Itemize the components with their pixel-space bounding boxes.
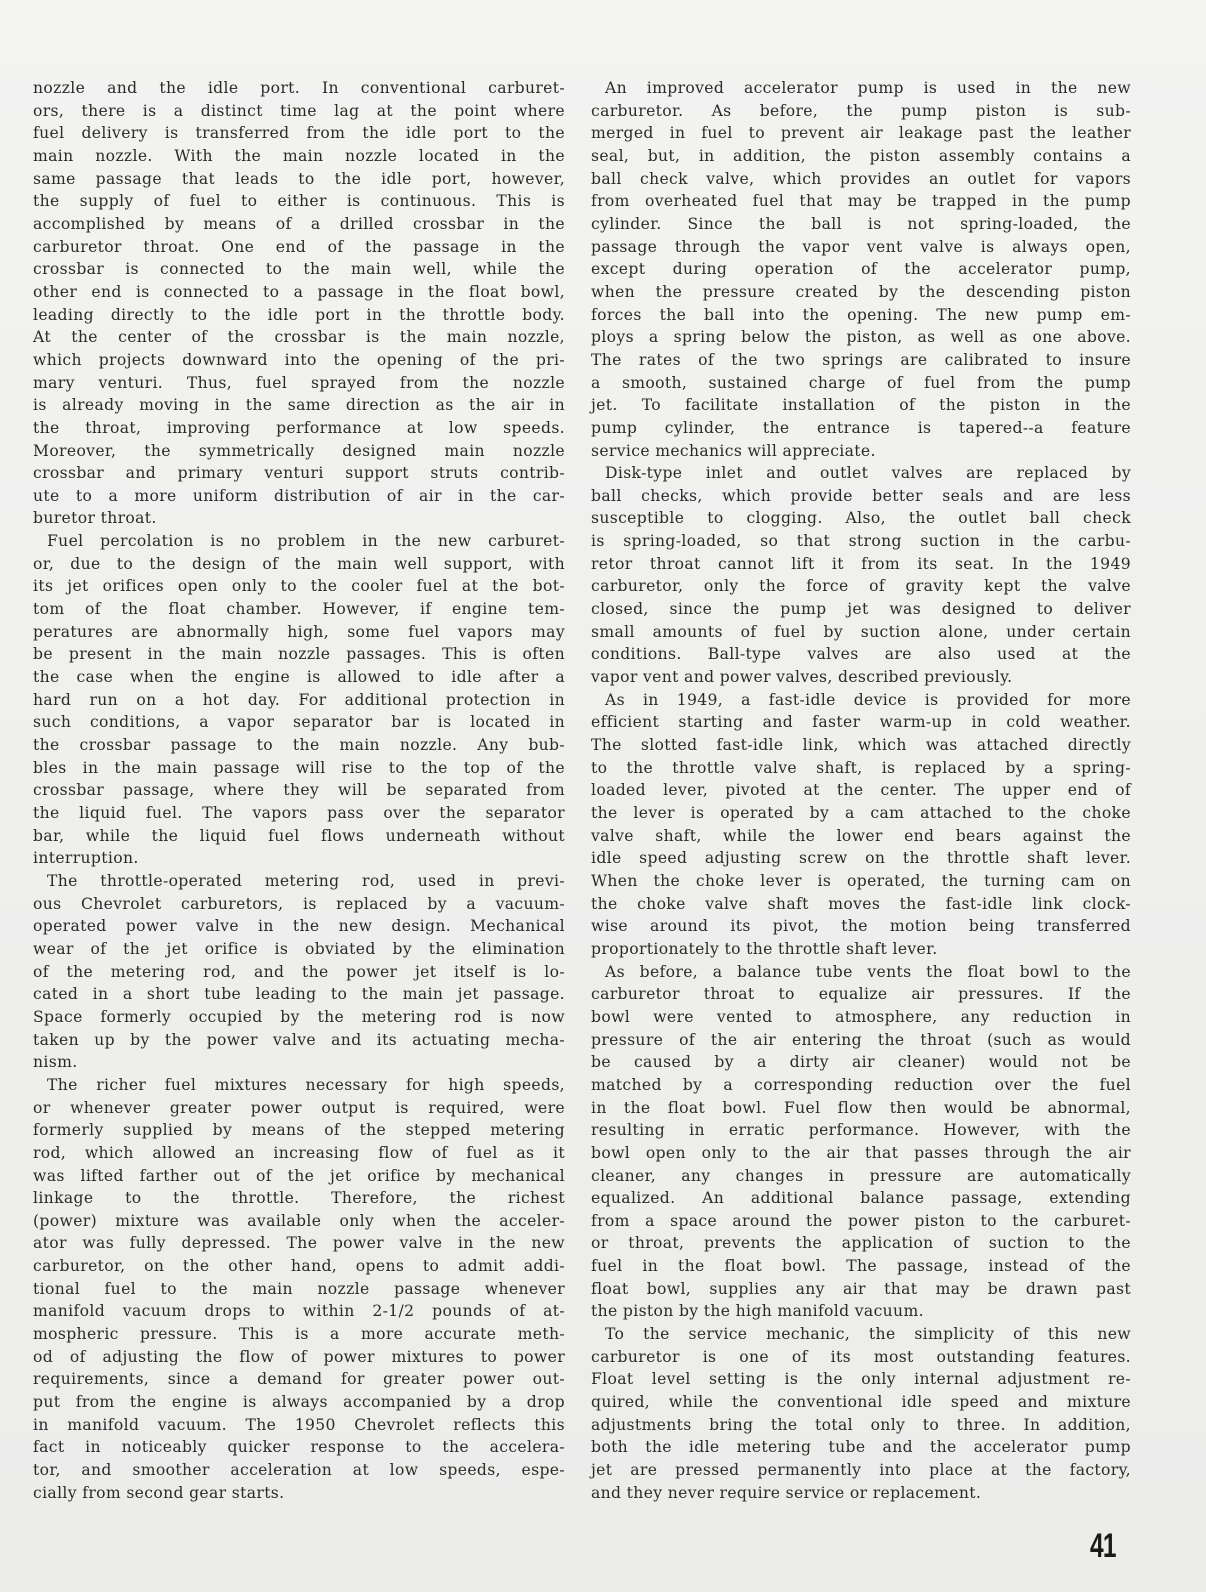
- text-line: nozzle and the idle port. In conventiona…: [33, 77, 565, 100]
- text-line: the piston by the high manifold vacuum.: [591, 1300, 1131, 1323]
- text-line: matched by a corresponding reduction ove…: [591, 1074, 1131, 1097]
- text-line: efficient starting and faster warm-up in…: [591, 711, 1131, 734]
- text-line: bles in the main passage will rise to th…: [33, 757, 565, 780]
- text-line: To the service mechanic, the simplicity …: [591, 1323, 1131, 1346]
- text-line: mary venturi. Thus, fuel sprayed from th…: [33, 372, 565, 395]
- text-line: is already moving in the same direction …: [33, 394, 565, 417]
- text-line: closed, since the pump jet was designed …: [591, 598, 1131, 621]
- text-line: As before, a balance tube vents the floa…: [591, 961, 1131, 984]
- text-line: peratures are abnormally high, some fuel…: [33, 621, 565, 644]
- paragraph: To the service mechanic, the simplicity …: [591, 1323, 1131, 1504]
- text-line: bowl open only to the air that passes th…: [591, 1142, 1131, 1165]
- text-line: forces the ball into the opening. The ne…: [591, 304, 1131, 327]
- text-line: or, due to the design of the main well s…: [33, 553, 565, 576]
- text-line: As in 1949, a fast-idle device is provid…: [591, 689, 1131, 712]
- text-line: nism.: [33, 1051, 565, 1074]
- text-line: leading directly to the idle port in the…: [33, 304, 565, 327]
- text-line: bar, while the liquid fuel flows underne…: [33, 825, 565, 848]
- paragraph: As in 1949, a fast-idle device is provid…: [591, 689, 1131, 961]
- text-line: pump cylinder, the entrance is tapered--…: [591, 417, 1131, 440]
- text-line: cylinder. Since the ball is not spring-l…: [591, 213, 1131, 236]
- text-line: the crossbar passage to the main nozzle.…: [33, 734, 565, 757]
- text-line: conditions. Ball-type valves are also us…: [591, 643, 1131, 666]
- text-line: rod, which allowed an increasing flow of…: [33, 1142, 565, 1165]
- page-number: 41: [1090, 1527, 1116, 1566]
- text-line: ploys a spring below the piston, as well…: [591, 326, 1131, 349]
- text-line: retor throat cannot lift it from its sea…: [591, 553, 1131, 576]
- paragraph: Disk-type inlet and outlet valves are re…: [591, 462, 1131, 689]
- text-line: operated power valve in the new design. …: [33, 915, 565, 938]
- text-line: The throttle-operated metering rod, used…: [33, 870, 565, 893]
- text-line: service mechanics will appreciate.: [591, 440, 1131, 463]
- text-line: The richer fuel mixtures necessary for h…: [33, 1074, 565, 1097]
- text-line: jet are pressed permanently into place a…: [591, 1459, 1131, 1482]
- text-line: crossbar passage, where they will be sep…: [33, 779, 565, 802]
- text-line: Space formerly occupied by the metering …: [33, 1006, 565, 1029]
- text-line: idle speed adjusting screw on the thrott…: [591, 847, 1131, 870]
- text-line: mospheric pressure. This is a more accur…: [33, 1323, 565, 1346]
- text-line: is spring-loaded, so that strong suction…: [591, 530, 1131, 553]
- text-line: the supply of fuel to either is continuo…: [33, 190, 565, 213]
- text-line: the lever is operated by a cam attached …: [591, 802, 1131, 825]
- text-line: carburetor, on the other hand, opens to …: [33, 1255, 565, 1278]
- text-line: and they never require service or replac…: [591, 1482, 1131, 1505]
- text-line: fuel in the float bowl. The passage, ins…: [591, 1255, 1131, 1278]
- text-line: or throat, prevents the application of s…: [591, 1232, 1131, 1255]
- text-line: the case when the engine is allowed to i…: [33, 666, 565, 689]
- text-line: vapor vent and power valves, described p…: [591, 666, 1131, 689]
- text-line: carburetor is one of its most outstandin…: [591, 1346, 1131, 1369]
- text-line: crossbar and primary venturi support str…: [33, 462, 565, 485]
- text-line: equalized. An additional balance passage…: [591, 1187, 1131, 1210]
- text-line: ball checks, which provide better seals …: [591, 485, 1131, 508]
- text-line: When the choke lever is operated, the tu…: [591, 870, 1131, 893]
- text-line: ute to a more uniform distribution of ai…: [33, 485, 565, 508]
- text-line: be present in the main nozzle passages. …: [33, 643, 565, 666]
- text-line: requirements, since a demand for greater…: [33, 1368, 565, 1391]
- text-line: of the metering rod, and the power jet i…: [33, 961, 565, 984]
- left-column: nozzle and the idle port. In conventiona…: [33, 77, 565, 1504]
- text-line: or whenever greater power output is requ…: [33, 1097, 565, 1120]
- text-line: from a space around the power piston to …: [591, 1210, 1131, 1233]
- right-column: An improved accelerator pump is used in …: [591, 77, 1131, 1504]
- text-line: the throat, improving performance at low…: [33, 417, 565, 440]
- text-line: the choke valve shaft moves the fast-idl…: [591, 893, 1131, 916]
- text-line: when the pressure created by the descend…: [591, 281, 1131, 304]
- text-line: od of adjusting the flow of power mixtur…: [33, 1346, 565, 1369]
- text-line: Moreover, the symmetrically designed mai…: [33, 440, 565, 463]
- text-line: adjustments bring the total only to thre…: [591, 1414, 1131, 1437]
- text-line: susceptible to clogging. Also, the outle…: [591, 507, 1131, 530]
- text-line: interruption.: [33, 847, 565, 870]
- text-line: tor, and smoother acceleration at low sp…: [33, 1459, 565, 1482]
- text-line: carburetor throat. One end of the passag…: [33, 236, 565, 259]
- text-line: crossbar is connected to the main well, …: [33, 258, 565, 281]
- text-line: Disk-type inlet and outlet valves are re…: [591, 462, 1131, 485]
- text-line: quired, while the conventional idle spee…: [591, 1391, 1131, 1414]
- paragraph: nozzle and the idle port. In conventiona…: [33, 77, 565, 530]
- text-line: cially from second gear starts.: [33, 1482, 565, 1505]
- text-line: ator was fully depressed. The power valv…: [33, 1232, 565, 1255]
- text-line: put from the engine is always accompanie…: [33, 1391, 565, 1414]
- text-line: linkage to the throttle. Therefore, the …: [33, 1187, 565, 1210]
- text-line: its jet orifices open only to the cooler…: [33, 575, 565, 598]
- text-line: except during operation of the accelerat…: [591, 258, 1131, 281]
- paragraph: An improved accelerator pump is used in …: [591, 77, 1131, 462]
- text-line: in the float bowl. Fuel flow then would …: [591, 1097, 1131, 1120]
- text-line: An improved accelerator pump is used in …: [591, 77, 1131, 100]
- text-line: which projects downward into the opening…: [33, 349, 565, 372]
- text-line: fact in noticeably quicker response to t…: [33, 1436, 565, 1459]
- text-line: ors, there is a distinct time lag at the…: [33, 100, 565, 123]
- text-line: pressure of the air entering the throat …: [591, 1029, 1131, 1052]
- text-line: manifold vacuum drops to within 2-1/2 po…: [33, 1300, 565, 1323]
- text-line: proportionately to the throttle shaft le…: [591, 938, 1131, 961]
- text-line: was lifted farther out of the jet orific…: [33, 1165, 565, 1188]
- paragraph: Fuel percolation is no problem in the ne…: [33, 530, 565, 870]
- text-line: merged in fuel to prevent air leakage pa…: [591, 122, 1131, 145]
- text-line: wear of the jet orifice is obviated by t…: [33, 938, 565, 961]
- text-line: buretor throat.: [33, 507, 565, 530]
- text-line: cated in a short tube leading to the mai…: [33, 983, 565, 1006]
- text-line: resulting in erratic performance. Howeve…: [591, 1119, 1131, 1142]
- text-line: a smooth, sustained charge of fuel from …: [591, 372, 1131, 395]
- text-line: fuel delivery is transferred from the id…: [33, 122, 565, 145]
- text-line: taken up by the power valve and its actu…: [33, 1029, 565, 1052]
- text-line: such conditions, a vapor separator bar i…: [33, 711, 565, 734]
- text-line: Float level setting is the only internal…: [591, 1368, 1131, 1391]
- text-line: jet. To facilitate installation of the p…: [591, 394, 1131, 417]
- text-line: the liquid fuel. The vapors pass over th…: [33, 802, 565, 825]
- text-line: same passage that leads to the idle port…: [33, 168, 565, 191]
- text-line: loaded lever, pivoted at the center. The…: [591, 779, 1131, 802]
- text-line: Fuel percolation is no problem in the ne…: [33, 530, 565, 553]
- text-line: formerly supplied by means of the steppe…: [33, 1119, 565, 1142]
- text-line: The slotted fast-idle link, which was at…: [591, 734, 1131, 757]
- text-line: seal, but, in addition, the piston assem…: [591, 145, 1131, 168]
- text-line: passage through the vapor vent valve is …: [591, 236, 1131, 259]
- text-line: in manifold vacuum. The 1950 Chevrolet r…: [33, 1414, 565, 1437]
- text-line: float bowl, supplies any air that may be…: [591, 1278, 1131, 1301]
- text-line: carburetor, only the force of gravity ke…: [591, 575, 1131, 598]
- text-line: other end is connected to a passage in t…: [33, 281, 565, 304]
- text-line: tom of the float chamber. However, if en…: [33, 598, 565, 621]
- paragraph: The richer fuel mixtures necessary for h…: [33, 1074, 565, 1504]
- text-line: wise around its pivot, the motion being …: [591, 915, 1131, 938]
- text-line: cleaner, any changes in pressure are aut…: [591, 1165, 1131, 1188]
- text-line: both the idle metering tube and the acce…: [591, 1436, 1131, 1459]
- text-line: be caused by a dirty air cleaner) would …: [591, 1051, 1131, 1074]
- paragraph: As before, a balance tube vents the floa…: [591, 961, 1131, 1324]
- text-line: ball check valve, which provides an outl…: [591, 168, 1131, 191]
- text-line: carburetor throat to equalize air pressu…: [591, 983, 1131, 1006]
- text-line: to the throttle valve shaft, is replaced…: [591, 757, 1131, 780]
- text-line: main nozzle. With the main nozzle locate…: [33, 145, 565, 168]
- text-line: (power) mixture was available only when …: [33, 1210, 565, 1233]
- text-line: carburetor. As before, the pump piston i…: [591, 100, 1131, 123]
- text-line: ous Chevrolet carburetors, is replaced b…: [33, 893, 565, 916]
- text-line: valve shaft, while the lower end bears a…: [591, 825, 1131, 848]
- text-line: hard run on a hot day. For additional pr…: [33, 689, 565, 712]
- text-line: At the center of the crossbar is the mai…: [33, 326, 565, 349]
- document-page: nozzle and the idle port. In conventiona…: [0, 0, 1206, 1592]
- text-line: small amounts of fuel by suction alone, …: [591, 621, 1131, 644]
- text-line: from overheated fuel that may be trapped…: [591, 190, 1131, 213]
- paragraph: The throttle-operated metering rod, used…: [33, 870, 565, 1074]
- text-line: tional fuel to the main nozzle passage w…: [33, 1278, 565, 1301]
- text-line: The rates of the two springs are calibra…: [591, 349, 1131, 372]
- text-line: bowl were vented to atmosphere, any redu…: [591, 1006, 1131, 1029]
- text-line: accomplished by means of a drilled cross…: [33, 213, 565, 236]
